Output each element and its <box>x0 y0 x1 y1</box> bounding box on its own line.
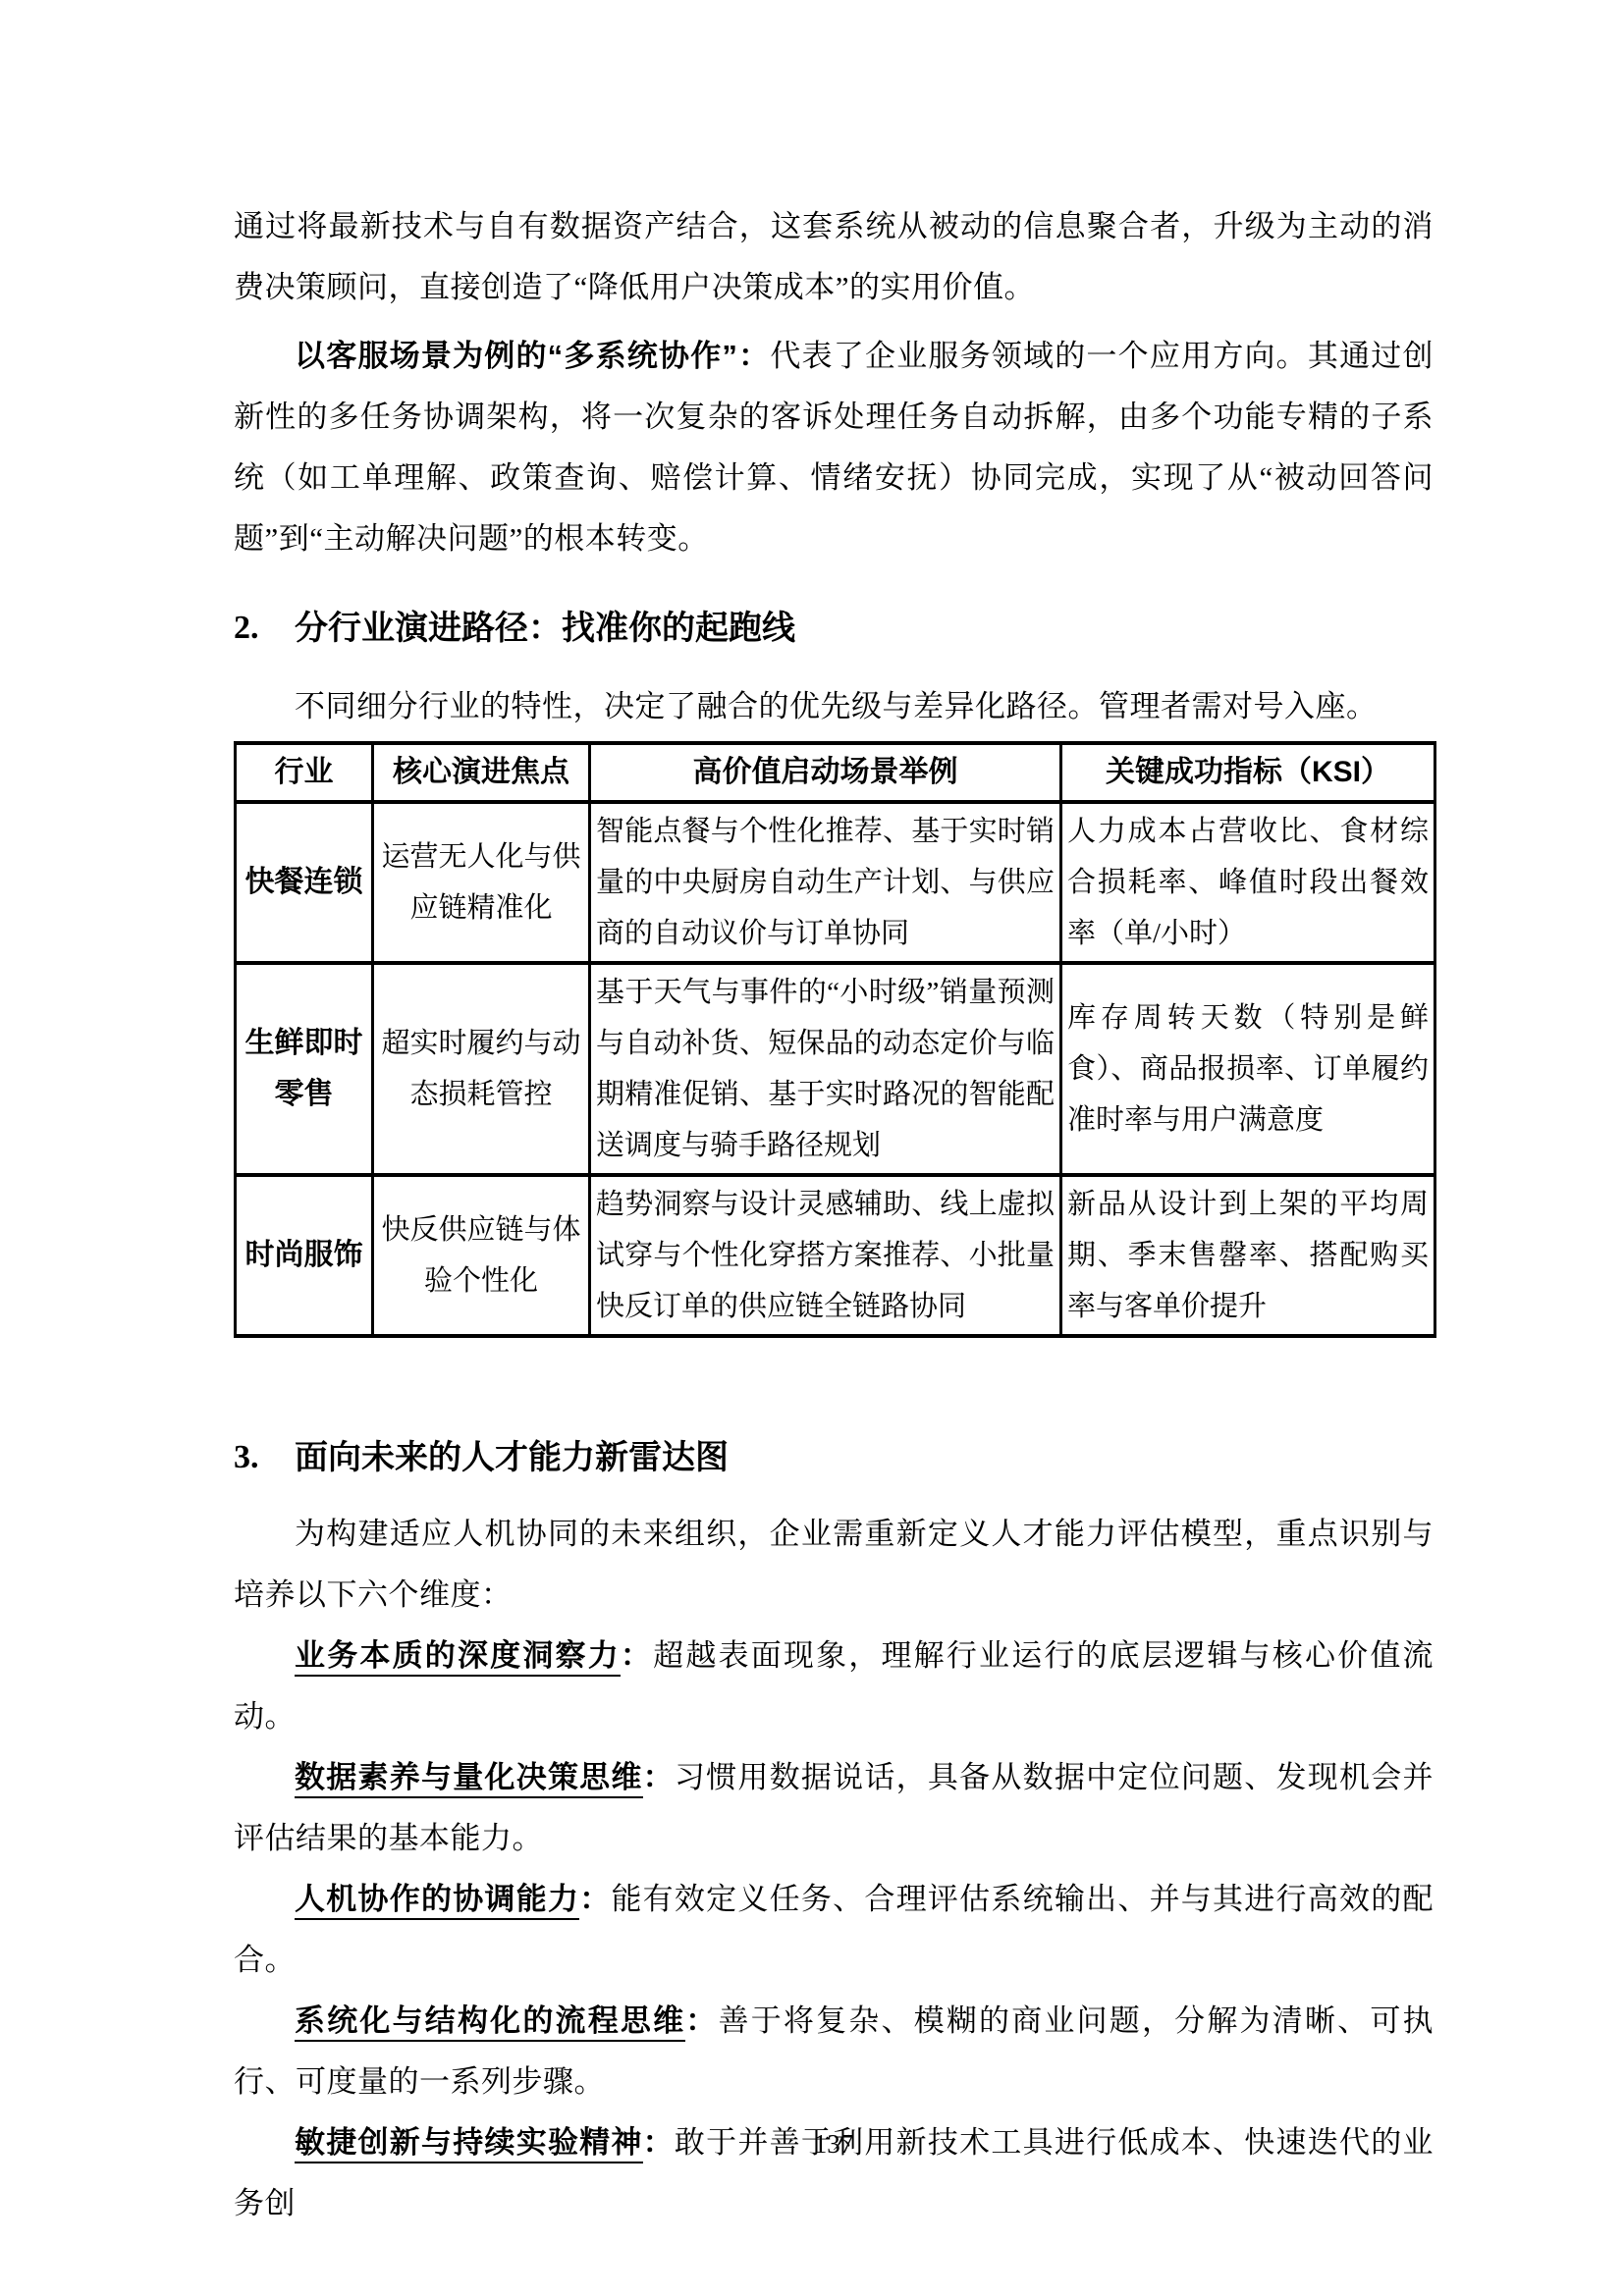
table-row-fresh-retail: 生鲜即时零售 超实时履约与动态损耗管控 基于天气与事件的“小时级”销量预测与自动… <box>236 963 1435 1175</box>
table-row-fashion: 时尚服饰 快反供应链与体验个性化 趋势洞察与设计灵感辅助、线上虚拟试穿与个性化穿… <box>236 1175 1435 1336</box>
cell-ksi: 人力成本占营收比、食材综合损耗率、峰值时段出餐效率（单/小时） <box>1061 802 1435 963</box>
capability-term: 人机协作的协调能力 <box>295 1882 579 1920</box>
cell-industry: 生鲜即时零售 <box>236 963 373 1175</box>
section-3-heading: 3. 面向未来的人才能力新雷达图 <box>234 1436 1434 1479</box>
table-row-fastfood: 快餐连锁 运营无人化与供应链精准化 智能点餐与个性化推荐、基于实时销量的中央厨房… <box>236 802 1435 963</box>
capability-item-data-literacy: 数据素养与量化决策思维：习惯用数据说话，具备从数据中定位问题、发现机会并评估结果… <box>234 1747 1434 1869</box>
header-focus: 核心演进焦点 <box>373 743 590 802</box>
header-ksi: 关键成功指标（KSI） <box>1061 743 1435 802</box>
cell-focus: 快反供应链与体验个性化 <box>373 1175 590 1336</box>
section-3-number: 3. <box>234 1436 295 1479</box>
section-3-title: 面向未来的人才能力新雷达图 <box>295 1436 729 1479</box>
page-number: 137 <box>234 2128 1434 2160</box>
cell-ksi: 新品从设计到上架的平均周期、季末售罄率、搭配购买率与客单价提升 <box>1061 1175 1435 1336</box>
capability-colon: ： <box>685 2003 718 2038</box>
capability-item-insight: 业务本质的深度洞察力：超越表面现象，理解行业运行的底层逻辑与核心价值流动。 <box>234 1626 1434 1747</box>
capability-colon: ： <box>579 1882 611 1916</box>
cell-industry: 时尚服饰 <box>236 1175 373 1336</box>
paragraph-multisystem: 以客服场景为例的“多系统协作”：代表了企业服务领域的一个应用方向。其通过创新性的… <box>234 326 1434 569</box>
paragraph-continuation: 通过将最新技术与自有数据资产结合，这套系统从被动的信息聚合者，升级为主动的消费决… <box>234 196 1434 318</box>
section-2-heading: 2. 分行业演进路径：找准你的起跑线 <box>234 607 1434 650</box>
capability-item-collaboration: 人机协作的协调能力：能有效定义任务、合理评估系统输出、并与其进行高效的配合。 <box>234 1869 1434 1991</box>
section-2-title: 分行业演进路径：找准你的起跑线 <box>295 607 795 650</box>
section-2-number: 2. <box>234 607 295 650</box>
capability-term: 数据素养与量化决策思维 <box>295 1760 643 1798</box>
capability-term: 系统化与结构化的流程思维 <box>295 2003 685 2042</box>
cell-ksi: 库存周转天数（特别是鲜食）、商品报损率、订单履约准时率与用户满意度 <box>1061 963 1435 1175</box>
document-page: 通过将最新技术与自有数据资产结合，这套系统从被动的信息聚合者，升级为主动的消费决… <box>0 0 1624 2296</box>
cell-scenarios: 基于天气与事件的“小时级”销量预测与自动补货、短保品的动态定价与临期精准促销、基… <box>590 963 1061 1175</box>
capability-term: 业务本质的深度洞察力 <box>295 1638 621 1677</box>
header-scenarios: 高价值启动场景举例 <box>590 743 1061 802</box>
cell-focus: 运营无人化与供应链精准化 <box>373 802 590 963</box>
industry-evolution-table: 行业 核心演进焦点 高价值启动场景举例 关键成功指标（KSI） 快餐连锁 运营无… <box>234 741 1436 1338</box>
capability-colon: ： <box>643 1760 675 1794</box>
capability-item-process-thinking: 系统化与结构化的流程思维：善于将复杂、模糊的商业问题，分解为清晰、可执行、可度量… <box>234 1991 1434 2112</box>
cell-industry: 快餐连锁 <box>236 802 373 963</box>
header-industry: 行业 <box>236 743 373 802</box>
cell-scenarios: 趋势洞察与设计灵感辅助、线上虚拟试穿与个性化穿搭方案推荐、小批量快反订单的供应链… <box>590 1175 1061 1336</box>
table-header-row: 行业 核心演进焦点 高价值启动场景举例 关键成功指标（KSI） <box>236 743 1435 802</box>
section-2-intro: 不同细分行业的特性，决定了融合的优先级与差异化路径。管理者需对号入座。 <box>234 676 1434 737</box>
section-3-intro: 为构建适应人机协同的未来组织，企业需重新定义人才能力评估模型，重点识别与培养以下… <box>234 1504 1434 1626</box>
cell-focus: 超实时履约与动态损耗管控 <box>373 963 590 1175</box>
capability-colon: ： <box>621 1638 653 1673</box>
cell-scenarios: 智能点餐与个性化推荐、基于实时销量的中央厨房自动生产计划、与供应商的自动议价与订… <box>590 802 1061 963</box>
paragraph-lead-bold: 以客服场景为例的“多系统协作”： <box>295 339 770 373</box>
